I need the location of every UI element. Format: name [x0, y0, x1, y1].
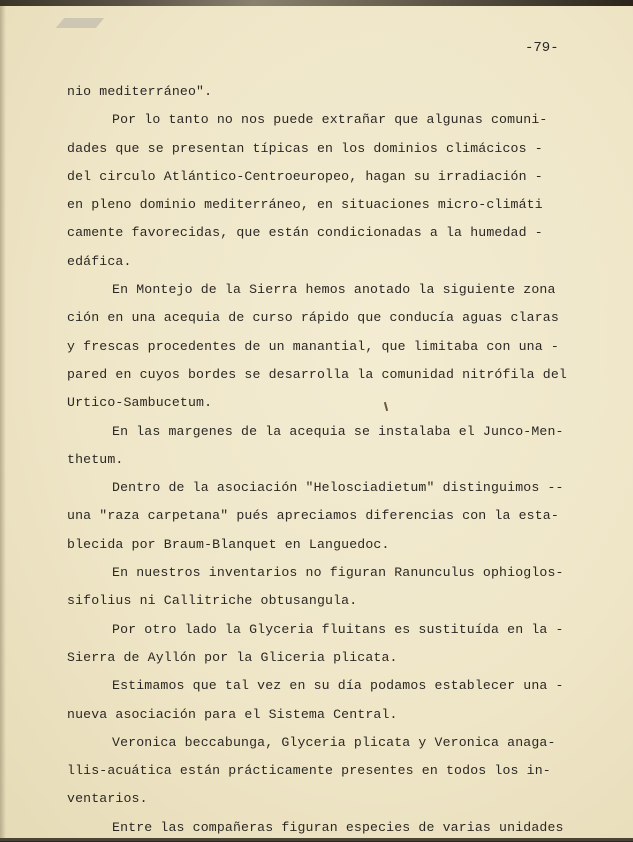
text-line: nio mediterráneo". — [67, 78, 607, 106]
text-line: ción en una acequia de curso rápido que … — [67, 304, 607, 332]
text-line: Veronica beccabunga, Glyceria plicata y … — [67, 729, 607, 757]
text-line: y frescas procedentes de un manantial, q… — [67, 333, 607, 361]
text-line: En nuestros inventarios no figuran Ranun… — [67, 559, 607, 587]
page-number: -79- — [525, 40, 559, 56]
text-line: camente favorecidas, que están condicion… — [67, 219, 607, 247]
text-line: En Montejo de la Sierra hemos anotado la… — [67, 276, 607, 304]
text-line: Por otro lado la Glyceria fluitans es su… — [67, 616, 607, 644]
text-line: sifolius ni Callitriche obtusangula. — [67, 587, 607, 615]
scan-artifact — [56, 18, 104, 28]
text-line: dades que se presentan típicas en los do… — [67, 135, 607, 163]
text-line: Estimamos que tal vez en su día podamos … — [67, 672, 607, 700]
text-line: Dentro de la asociación "Helosciadietum"… — [67, 474, 607, 502]
text-line: llis-acuática están prácticamente presen… — [67, 757, 607, 785]
text-line: Sierra de Ayllón por la Gliceria plicata… — [67, 644, 607, 672]
text-line: ventarios. — [67, 785, 607, 813]
text-line: del circulo Atlántico-Centroeuropeo, hag… — [67, 163, 607, 191]
text-line: Por lo tanto no nos puede extrañar que a… — [67, 106, 607, 134]
text-line: en pleno dominio mediterráneo, en situac… — [67, 191, 607, 219]
text-line: edáfica. — [67, 248, 607, 276]
text-line: una "raza carpetana" pués apreciamos dif… — [67, 502, 607, 530]
text-line: thetum. — [67, 446, 607, 474]
page-left-edge — [0, 6, 6, 838]
text-line: Entre las compañeras figuran especies de… — [67, 814, 607, 842]
text-line: pared en cuyos bordes se desarrolla la c… — [67, 361, 607, 389]
typewritten-page: -79- nio mediterráneo".Por lo tanto no n… — [0, 6, 633, 841]
text-line: En las margenes de la acequia se instala… — [67, 418, 607, 446]
text-line: blecida por Braum-Blanquet en Languedoc. — [67, 531, 607, 559]
text-line: nueva asociación para el Sistema Central… — [67, 701, 607, 729]
body-text: nio mediterráneo".Por lo tanto no nos pu… — [67, 78, 607, 842]
text-line: Urtico-Sambucetum. — [67, 389, 607, 417]
